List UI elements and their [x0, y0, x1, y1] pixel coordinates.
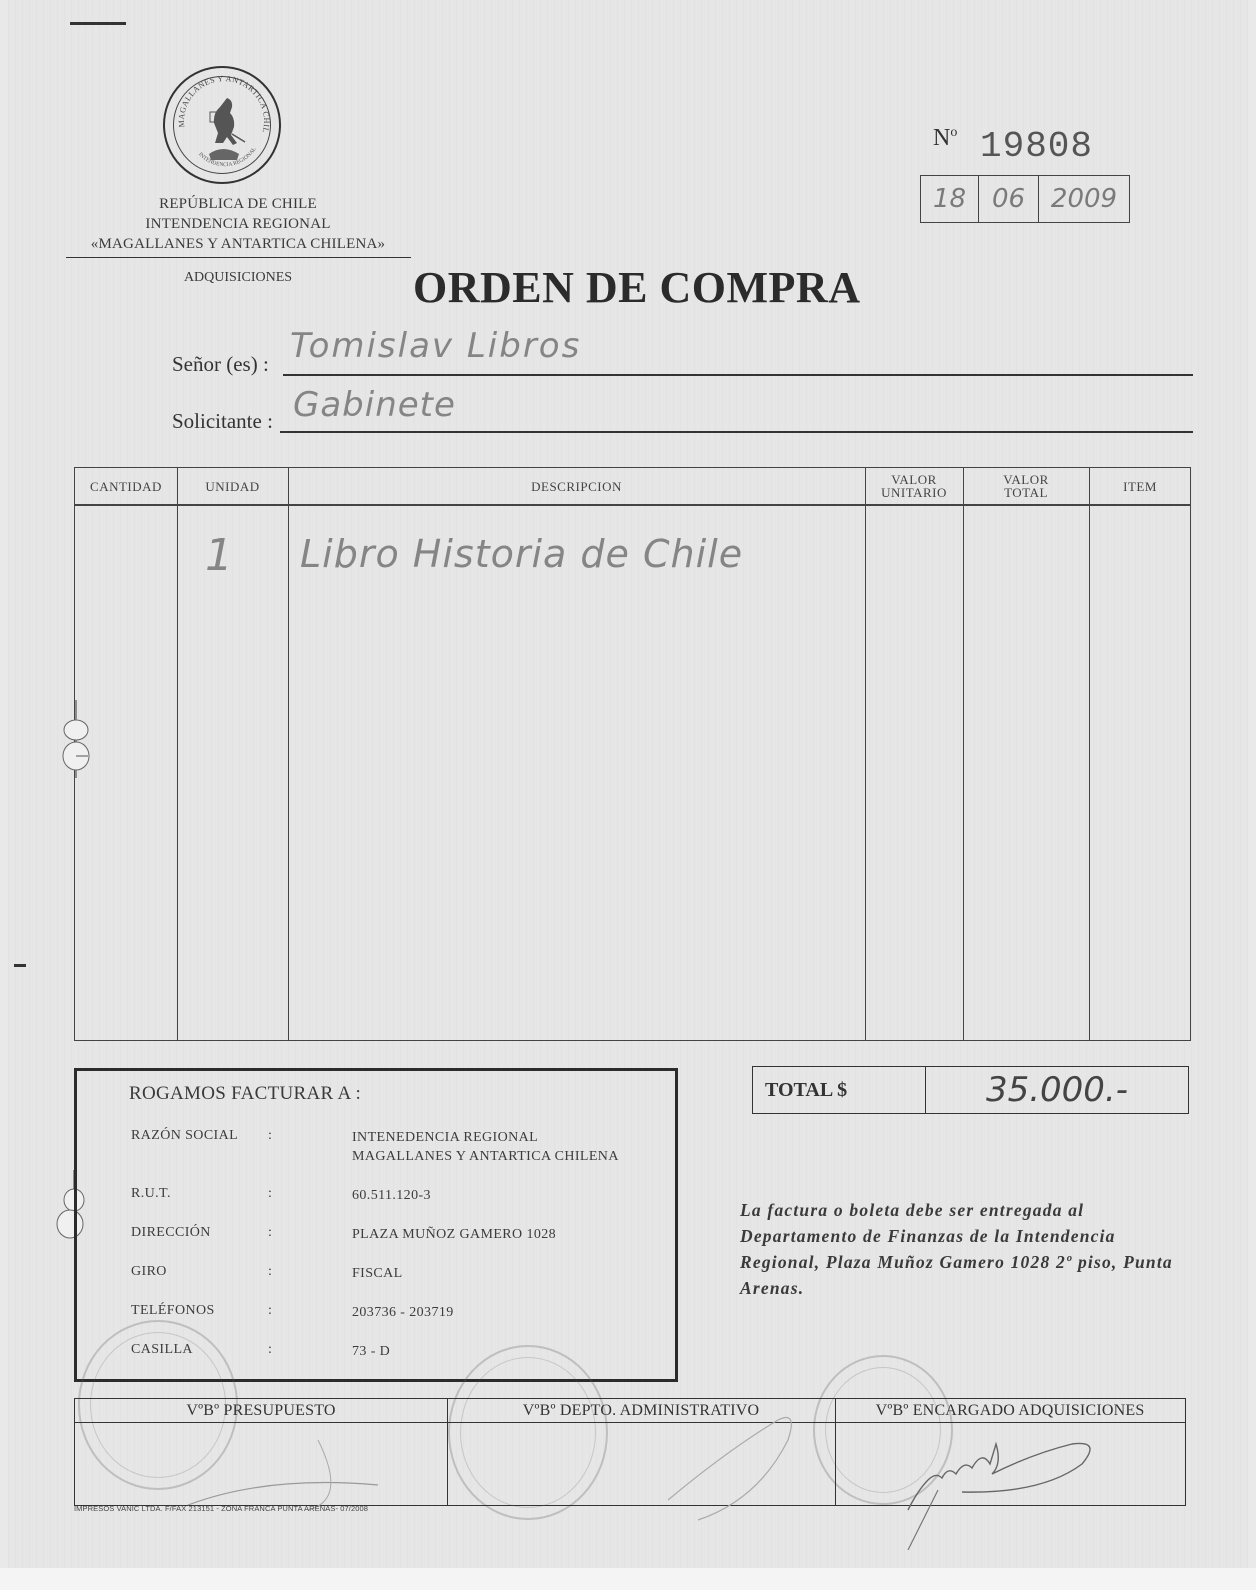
order-date-box: 18 06 2009	[920, 175, 1130, 223]
total-amount[interactable]: 35.000.-	[926, 1067, 1188, 1113]
solicitante-label: Solicitante :	[172, 409, 273, 434]
header-divider	[66, 257, 411, 258]
order-number: 19808	[980, 126, 1093, 167]
billing-row-rut: R.U.T. : 60.511.120-3	[131, 1186, 672, 1205]
column-header-cantidad: CANTIDAD	[75, 468, 177, 504]
order-number-label: No	[933, 125, 957, 152]
column-divider	[963, 468, 964, 1040]
column-header-item: ITEM	[1089, 468, 1191, 504]
column-divider	[865, 468, 866, 1040]
cell-descripcion[interactable]: Libro Historia de Chile	[300, 532, 743, 576]
total-box: TOTAL $ 35.000.-	[752, 1066, 1189, 1114]
edge-mark	[14, 964, 26, 967]
navigator-figure-icon: MAGALLANES Y ANTARTICA CHILENA INTENDENC…	[165, 68, 283, 186]
senor-field[interactable]: Tomislav Libros	[290, 326, 581, 366]
items-table: CANTIDAD UNIDAD DESCRIPCION VALOR UNITAR…	[74, 467, 1191, 1041]
purchase-order-page: MAGALLANES Y ANTARTICA CHILENA INTENDENC…	[8, 0, 1248, 1568]
binder-hole-clip	[56, 700, 96, 780]
billing-row-giro: GIRO : FISCAL	[131, 1264, 672, 1283]
date-day[interactable]: 18	[921, 176, 979, 222]
date-month[interactable]: 06	[979, 176, 1039, 222]
billing-row-telefonos: TELÉFONOS : 203736 - 203719	[131, 1303, 672, 1322]
regional-seal-logo: MAGALLANES Y ANTARTICA CHILENA INTENDENC…	[163, 66, 281, 184]
organization-header: REPÚBLICA DE CHILE INTENDENCIA REGIONAL …	[68, 194, 408, 254]
solicitante-field[interactable]: Gabinete	[293, 385, 456, 425]
corner-mark	[70, 22, 126, 25]
date-year[interactable]: 2009	[1039, 176, 1129, 222]
department-label: ADQUISICIONES	[68, 270, 408, 286]
senor-field-line	[283, 374, 1193, 376]
printer-imprint: IMPRESOS VANIC LTDA. F/FAX 213151 - ZONA…	[74, 1504, 368, 1513]
column-header-valor-total: VALOR TOTAL	[963, 468, 1089, 504]
document-title: ORDEN DE COMPRA	[413, 262, 860, 313]
solicitante-field-line	[280, 431, 1193, 433]
total-label: TOTAL $	[753, 1067, 926, 1113]
scan-bottom-edge	[0, 1568, 1256, 1590]
billing-row-razon-social: RAZÓN SOCIAL : INTENEDENCIA REGIONALMAGA…	[131, 1128, 672, 1166]
signature-scribbles-icon	[68, 1400, 1198, 1550]
cell-unidad[interactable]: 1	[205, 530, 233, 581]
column-divider	[177, 468, 178, 1040]
column-divider	[288, 468, 289, 1040]
senor-label: Señor (es) :	[172, 352, 269, 377]
column-header-valor-unitario: VALOR UNITARIO	[865, 468, 963, 504]
org-line-region: «MAGALLANES Y ANTARTICA CHILENA»	[68, 234, 408, 254]
org-line-intendencia: INTENDENCIA REGIONAL	[68, 214, 408, 234]
header-row-divider	[75, 504, 1190, 506]
billing-title: ROGAMOS FACTURAR A :	[129, 1083, 361, 1105]
column-header-descripcion: DESCRIPCION	[288, 468, 865, 504]
column-header-unidad: UNIDAD	[177, 468, 288, 504]
delivery-instructions: La factura o boleta debe ser entregada a…	[740, 1197, 1180, 1301]
column-divider	[1089, 468, 1090, 1040]
billing-row-direccion: DIRECCIÓN : PLAZA MUÑOZ GAMERO 1028	[131, 1225, 672, 1244]
org-line-country: REPÚBLICA DE CHILE	[68, 194, 408, 214]
